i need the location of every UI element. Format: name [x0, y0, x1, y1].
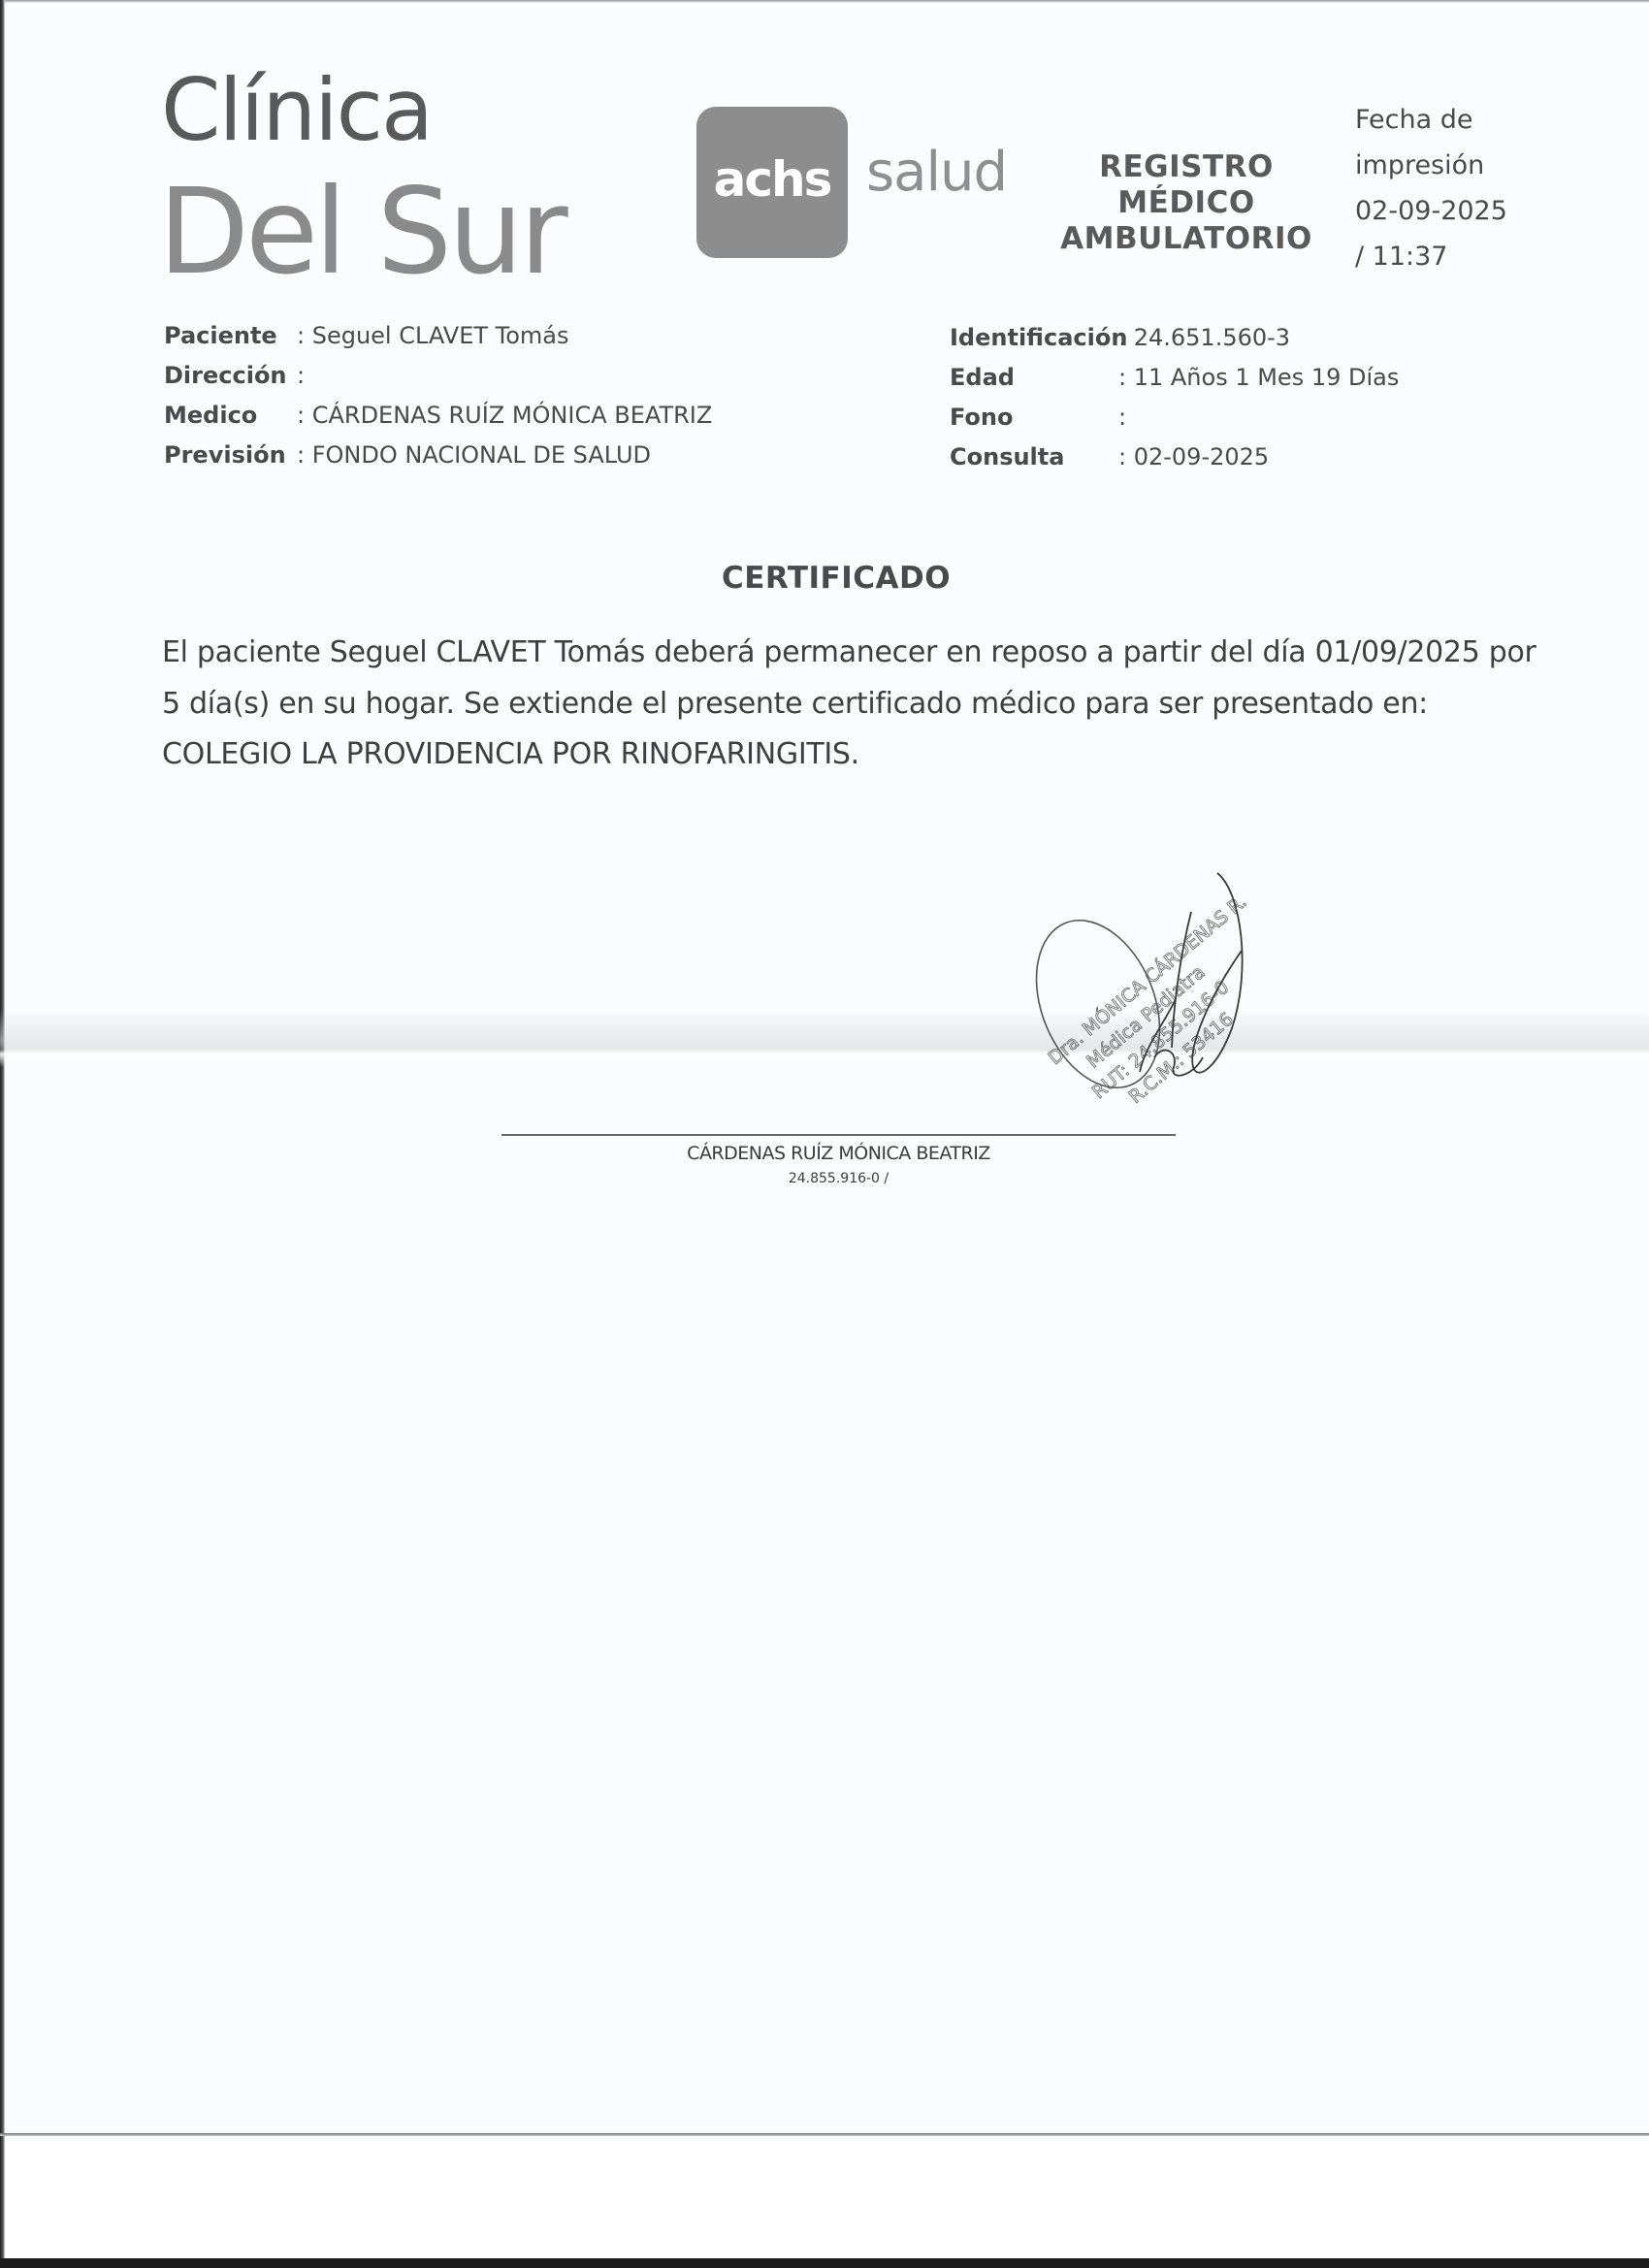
print-date-block: Fecha de impresión 02-09-2025 / 11:37 — [1355, 97, 1507, 279]
info-label: Dirección — [164, 356, 297, 396]
print-date-label1: Fecha de — [1355, 97, 1507, 143]
achs-logo-text: achs — [696, 155, 848, 204]
info-value: : CÁRDENAS RUÍZ MÓNICA BEATRIZ — [297, 396, 712, 436]
clinic-logo-line1: Clínica — [161, 68, 432, 153]
certificate-body: El paciente Seguel CLAVET Tomás deberá p… — [162, 628, 1520, 781]
clinic-logo-line2: Del Sur — [158, 173, 565, 291]
info-value: : 02-09-2025 — [1118, 437, 1269, 477]
info-row-identificacion: Identificación : 24.651.560-3 — [950, 318, 1399, 358]
info-label: Previsión — [164, 436, 297, 475]
record-title: REGISTRO MÉDICO AMBULATORIO — [1030, 149, 1342, 257]
certificate-body-line: El paciente Seguel CLAVET Tomás deberá p… — [162, 628, 1520, 679]
info-row-consulta: Consulta : 02-09-2025 — [950, 437, 1399, 477]
achs-logo: achs — [696, 107, 848, 258]
certificate-title: CERTIFICADO — [0, 561, 1649, 596]
info-label: Identificación — [950, 318, 1118, 358]
scan-bottom-edge — [0, 2258, 1649, 2268]
info-label: Consulta — [950, 437, 1118, 477]
info-row-prevision: Previsión : FONDO NACIONAL DE SALUD — [164, 436, 712, 475]
info-value: : FONDO NACIONAL DE SALUD — [297, 436, 651, 475]
info-row-fono: Fono : — [950, 398, 1399, 437]
info-row-edad: Edad : 11 Años 1 Mes 19 Días — [950, 358, 1399, 398]
info-label: Paciente — [164, 316, 297, 356]
info-label: Fono — [950, 398, 1118, 437]
scan-top-edge — [0, 0, 1649, 3]
info-row-direccion: Dirección : — [164, 356, 712, 396]
record-title-line2: AMBULATORIO — [1030, 221, 1342, 257]
info-row-paciente: Paciente : Seguel CLAVET Tomás — [164, 316, 712, 356]
print-time-value: / 11:37 — [1355, 234, 1507, 279]
signer-rut: 24.855.916-0 / — [501, 1171, 1176, 1186]
print-date-label2: impresión — [1355, 143, 1507, 188]
signature-line — [501, 1134, 1176, 1136]
info-row-medico: Medico : CÁRDENAS RUÍZ MÓNICA BEATRIZ — [164, 396, 712, 436]
achs-logo-salud: salud — [866, 146, 1007, 200]
info-value: : 24.651.560-3 — [1118, 318, 1290, 358]
certificate-body-line: 5 día(s) en su hogar. Se extiende el pre… — [162, 679, 1520, 730]
info-label: Edad — [950, 358, 1118, 398]
doctor-stamp: Dra. MÓNICA CÁRDENAS R. Médica Pediatra … — [1009, 854, 1319, 1125]
info-value: : — [1118, 398, 1126, 437]
info-value: : 11 Años 1 Mes 19 Días — [1118, 358, 1399, 398]
record-title-line1: REGISTRO MÉDICO — [1030, 149, 1342, 221]
info-label: Medico — [164, 396, 297, 436]
info-value: : Seguel CLAVET Tomás — [297, 316, 569, 356]
paper-fold-crease — [0, 1009, 1649, 1067]
certificate-body-line: COLEGIO LA PROVIDENCIA POR RINOFARINGITI… — [162, 729, 1520, 781]
scan-left-edge — [0, 0, 5, 2268]
signer-name: CÁRDENAS RUÍZ MÓNICA BEATRIZ — [501, 1143, 1176, 1164]
patient-info-right: Identificación : 24.651.560-3 Edad : 11 … — [950, 318, 1399, 477]
print-date-value: 02-09-2025 — [1355, 188, 1507, 234]
info-value: : — [297, 356, 305, 396]
patient-info-left: Paciente : Seguel CLAVET Tomás Dirección… — [164, 316, 712, 475]
lower-sheet — [5, 2136, 1649, 2258]
